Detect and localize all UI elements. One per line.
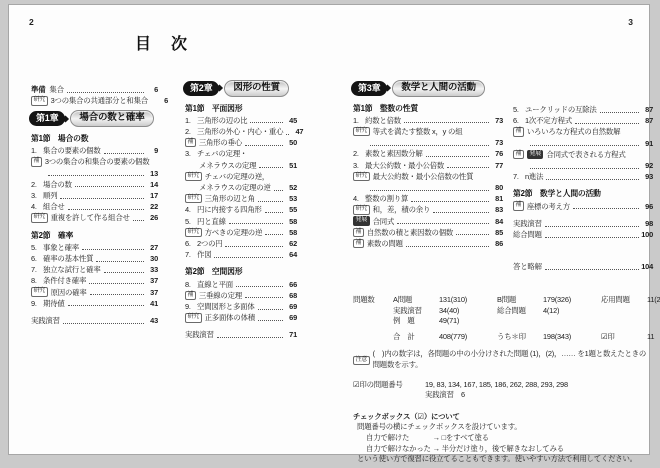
stats-key: 応用問題 [601, 295, 647, 306]
toc-item-continuation: 80 [353, 182, 503, 193]
page-ref: 27 [146, 242, 158, 253]
ho-tag: 補 [353, 228, 364, 238]
stats-key: 総合問題 [497, 306, 543, 317]
dot-leader [250, 155, 295, 157]
item-label: 等式を満たす整数 x，y の組 [373, 126, 463, 137]
page-ref: 52 [285, 182, 297, 193]
dot-leader [225, 244, 283, 247]
chapter-number-badge: 第3章 [351, 81, 387, 97]
item-number: 6. [513, 115, 525, 126]
toc-item: 研究原因の確率37 [31, 287, 158, 298]
note-line: という使い方で復習に役立てることもできます。使いやすい方法で利用してください。 [353, 454, 655, 465]
chapter-number-badge: 第2章 [183, 81, 219, 97]
chapter-title-badge: 数学と人間の活動 [392, 80, 484, 97]
dot-leader [433, 210, 489, 213]
dot-leader [629, 156, 651, 158]
toc-item-continuation: 13 [31, 168, 158, 179]
toc-item: 1.集合の要素の個数9 [31, 145, 158, 156]
stats-key: 実践演習 [393, 306, 439, 317]
toc-column-2: 第2章図形の性質第1節 平面図形1.三角形の辺の比452.三角形の外心・内心・重… [185, 76, 297, 341]
page-number-right: 3 [628, 17, 633, 27]
kenkyu-tag: 研究 [31, 287, 48, 297]
item-number: 7. [513, 171, 525, 182]
item-label: 正多面体の体積 [205, 312, 255, 323]
page-ref: 30 [146, 253, 158, 264]
page-ref: 43 [146, 315, 158, 326]
item-label: 重複を許して作る組合せ [51, 212, 130, 223]
toc-item: 9.空間図形と多面体69 [185, 301, 297, 312]
dot-leader [96, 259, 144, 262]
page-ref: 104 [641, 261, 653, 272]
dot-leader [250, 120, 283, 123]
toc-item: 研究チェバの定理の逆， [185, 171, 297, 182]
item-label: 方べきの定理の逆 [205, 227, 263, 238]
page-ref: 17 [146, 190, 158, 201]
page-ref: 96 [641, 201, 653, 212]
stats-rows: A問題131(310)B問題179(326)応用問題11(20)実践演習34(4… [393, 295, 655, 342]
toc-item: 答と略解104 [513, 261, 653, 272]
stats-value: 34(40) [439, 306, 497, 317]
toc-item: 研究方べきの定理の逆58 [185, 227, 297, 238]
item-number: 5. [31, 242, 43, 253]
item-label: 3つの集合の共通部分と和集合 [51, 95, 148, 106]
chapter-heading: 第1章場合の数と確率 [29, 110, 158, 127]
stats-value: 11 [647, 332, 660, 343]
toc-item: 5.円と直線58 [185, 216, 297, 227]
stats-value: 179(326) [543, 295, 601, 306]
section-heading: 第2節 数学と人間の活動 [513, 188, 653, 199]
page-ref: 37 [146, 287, 158, 298]
page-ref: 83 [491, 204, 503, 215]
toc-item: 研究和，差，積の余り83 [353, 204, 503, 215]
item-number: 7. [185, 249, 197, 260]
item-label: ユークリッドの互除法 [525, 104, 597, 115]
dot-leader [272, 177, 295, 179]
stats-value: 198(343) [543, 332, 601, 343]
item-label: 1次不定方程式 [525, 115, 572, 126]
item-number: 5. [513, 104, 525, 115]
page-ref: 9 [146, 145, 158, 156]
dot-leader [575, 121, 639, 124]
note-line: 自力で解けた → □をすべて塗る [353, 433, 655, 444]
ho-tag: 補 [185, 291, 196, 301]
dot-leader [245, 295, 283, 298]
dot-leader [60, 196, 144, 199]
page-ref: 6 [146, 84, 158, 95]
stats-label: 問題数 [353, 295, 375, 306]
item-label: 自然数の積と素因数の個数 [367, 227, 453, 238]
ho-tag: 補 [185, 138, 196, 148]
item-label: 合同式で表される方程式 [546, 149, 625, 160]
checkbox-usage-note: チェックボックス（☑）について 問題番号の横にチェックボックスを設けています。自… [353, 412, 655, 465]
dot-leader [426, 154, 489, 157]
note-line: 問題番号の横にチェックボックスを設けています。 [353, 422, 655, 433]
item-label: 素数と素因数分解 [365, 148, 423, 159]
dot-leader [465, 133, 501, 135]
item-label: 実践演習 [31, 315, 60, 326]
item-number: 3. [353, 160, 365, 171]
toc-item: 3.順列17 [31, 190, 158, 201]
dot-leader [476, 177, 501, 179]
page-ref: 22 [146, 201, 158, 212]
toc-item: 実践演習98 [513, 218, 653, 229]
count-note: 注意 ( )内の数字は，各問題の中の小分けされた問題 (1)，(2)，…… を1… [353, 349, 655, 370]
dot-leader [75, 184, 144, 187]
dot-leader [404, 120, 489, 123]
marked-problem-numbers: ☑印の問題番号 19, 83, 134, 167, 185, 186, 262,… [353, 380, 655, 401]
hatten-tag: 発展 [353, 216, 370, 226]
item-number: 2. [353, 148, 365, 159]
item-number: 4. [31, 201, 43, 212]
toc-item-continuation: 91 [513, 138, 653, 149]
item-label: 円に内接する四角形 [197, 204, 262, 215]
dot-leader [265, 210, 283, 213]
item-label: 原因の確率 [51, 287, 87, 298]
item-label: 座標の考え方 [527, 201, 570, 212]
toc-item: 補三垂線の定理68 [185, 290, 297, 301]
dot-leader [104, 270, 144, 273]
dot-leader [623, 133, 651, 135]
dot-leader [133, 218, 144, 221]
page-ref: 6 [156, 95, 168, 106]
stats-row: 実践演習34(40)総合問題4(12) [393, 306, 655, 317]
toc-item: 7.n進法93 [513, 171, 653, 182]
item-number: 5. [185, 216, 197, 227]
dot-leader [530, 143, 639, 146]
dot-leader [397, 221, 489, 224]
chapter-title-badge: 図形の性質 [224, 80, 289, 97]
item-number: 3. [185, 148, 197, 159]
toc-item: 研究三角形の辺と角53 [185, 193, 297, 204]
toc-item: 5.ユークリッドの互除法87 [513, 104, 653, 115]
toc-item: 8.条件付き確率37 [31, 275, 158, 286]
section-heading: 第2節 確率 [31, 230, 158, 241]
page-ref: 55 [285, 204, 297, 215]
kenkyu-tag: 研究 [185, 228, 202, 238]
dot-leader [370, 143, 489, 146]
marked-values: 19, 83, 134, 167, 185, 186, 262, 288, 29… [425, 380, 568, 401]
toc-item: 研究最大公約数・最小公倍数の性質 [353, 171, 503, 182]
toc-item: 1.三角形の辺の比45 [185, 115, 297, 126]
item-label: 答と略解 [513, 261, 542, 272]
kenkyu-tag: 研究 [353, 127, 370, 137]
dot-leader [258, 307, 283, 310]
kenkyu-tag: 研究 [185, 172, 202, 182]
dot-leader [600, 110, 639, 113]
kenkyu-tag: 研究 [353, 205, 370, 215]
marked-extra: 実践演習 6 [425, 390, 568, 401]
dot-leader [258, 199, 283, 202]
chapter-number-badge: 第1章 [29, 111, 65, 127]
page-ref: 13 [146, 168, 158, 179]
item-label: 三角形の外心・内心・重心 [197, 126, 283, 137]
item-label: 事象と確率 [43, 242, 79, 253]
item-label: 作図 [197, 249, 211, 260]
item-label: 期待値 [43, 298, 65, 309]
toc-column-3: 第3章数学と人間の活動第1節 整数の性質1.約数と倍数73研究等式を満たす整数 … [353, 76, 503, 249]
item-label: メネラウスの定理 [199, 160, 256, 171]
page-ref: 37 [146, 275, 158, 286]
page-ref: 93 [641, 171, 653, 182]
toc-item-continuation: メネラウスの定理の逆52 [185, 182, 297, 193]
hatten-tag: 発展 [527, 150, 544, 160]
ho-tag: 補 [513, 150, 524, 160]
toc-item: 5.事象と確率27 [31, 242, 158, 253]
dot-leader [68, 303, 144, 306]
section-heading: 第1節 場合の数 [31, 133, 158, 144]
stats-key: A問題 [393, 295, 439, 306]
item-number: 3. [31, 190, 43, 201]
kenkyu-tag: 研究 [185, 194, 202, 204]
item-number: 6. [185, 238, 197, 249]
dot-leader [151, 102, 154, 104]
stats-row: A問題131(310)B問題179(326)応用問題11(20) [393, 295, 655, 306]
item-number: 6. [31, 253, 43, 264]
toc-item: 実践演習71 [185, 329, 297, 340]
marked-number-list: 19, 83, 134, 167, 185, 186, 262, 288, 29… [425, 380, 568, 391]
item-label: 順列 [43, 190, 57, 201]
page-number-left: 2 [29, 17, 34, 27]
page-ref: 80 [491, 182, 503, 193]
stats-value: 4(12) [543, 306, 601, 317]
stats-value: 11(20) [647, 295, 660, 306]
item-number: 2. [31, 179, 43, 190]
page-ref: 81 [491, 193, 503, 204]
dot-leader [545, 267, 639, 270]
toc-item: 4.円に内接する四角形55 [185, 204, 297, 215]
dot-leader [530, 166, 639, 169]
item-label: チェバの定理・ [197, 148, 247, 159]
book-spread-page: 2 3 目 次 準備集合6研究3つの集合の共通部分と和集合6第1章場合の数と確率… [8, 4, 650, 455]
note-text: ( )内の数字は，各問題の中の小分けされた問題 (1)，(2)，…… を1題と数… [373, 349, 649, 370]
item-number: 8. [185, 279, 197, 290]
item-label: 合同式 [373, 216, 395, 227]
item-number: 9. [185, 301, 197, 312]
item-label: 三角形の辺と角 [205, 193, 255, 204]
marked-label: ☑印の問題番号 [353, 380, 425, 401]
toc-item-continuation: 92 [513, 160, 653, 171]
page-ref: 86 [491, 238, 503, 249]
ho-tag: 補 [513, 201, 524, 211]
toc-title: 目 次 [135, 31, 189, 54]
item-label: 最大公約数・最小公倍数の性質 [373, 171, 474, 182]
page-ref: 92 [641, 160, 653, 171]
page-ref: 84 [491, 216, 503, 227]
toc-column-1: 準備集合6研究3つの集合の共通部分と和集合6第1章場合の数と確率第1節 場合の数… [31, 84, 158, 326]
page-ref: 41 [146, 298, 158, 309]
page-ref: 100 [641, 229, 653, 240]
toc-item: 補三角形の垂心50 [185, 137, 297, 148]
item-label: 最大公約数・最小公倍数 [365, 160, 444, 171]
toc-item: 9.期待値41 [31, 298, 158, 309]
page-ref: 85 [491, 227, 503, 238]
dot-leader [258, 318, 283, 321]
page-ref: 76 [491, 148, 503, 159]
ho-tag: 補 [353, 239, 364, 249]
ho-tag: 補 [513, 127, 524, 137]
note-line: 自力で解けなかった → 半分だけ塗り，後で解きなおしてみる [353, 444, 655, 455]
dot-leader [152, 163, 156, 165]
item-label: 2つの円 [197, 238, 222, 249]
page-ref: 91 [641, 138, 653, 149]
stats-key: 合 計 [393, 332, 439, 343]
dot-leader [545, 224, 639, 227]
item-label: 三垂線の定理 [199, 290, 242, 301]
dot-leader [546, 177, 639, 180]
section-heading: 第2節 空間図形 [185, 266, 297, 277]
item-label: 三角形の垂心 [199, 137, 242, 148]
kenkyu-tag: 研究 [185, 313, 202, 323]
dot-leader [214, 255, 283, 258]
page-ref: 77 [491, 160, 503, 171]
dot-leader [68, 207, 144, 210]
item-label: 3つの集合の和集合の要素の個数 [45, 156, 150, 167]
toc-item: 3.最大公約数・最小公倍数77 [353, 160, 503, 171]
toc-item: 研究3つの集合の共通部分と和集合6 [31, 95, 158, 106]
stats-row: 合 計408(779)うち＊印198(343)☑印11 [393, 332, 655, 343]
page-ref: 87 [641, 104, 653, 115]
item-label: 場合の数 [43, 179, 72, 190]
section-heading: 第1節 整数の性質 [353, 103, 503, 114]
toc-item: 総合問題100 [513, 229, 653, 240]
stats-key: 例 題 [393, 316, 439, 327]
kenkyu-tag: 研究 [353, 172, 370, 182]
toc-item: 補いろいろな方程式の自然数解 [513, 126, 653, 137]
dot-leader [370, 188, 489, 191]
item-label: 和，差，積の余り [373, 204, 431, 215]
dot-leader [274, 188, 283, 191]
toc-item-continuation: 73 [353, 137, 503, 148]
item-label: 空間図形と多面体 [197, 301, 255, 312]
item-label: 集合の要素の個数 [43, 145, 101, 156]
item-number: 1. [185, 115, 197, 126]
page-ref: 62 [285, 238, 297, 249]
toc-item: 準備集合6 [31, 84, 158, 95]
dot-leader [573, 206, 639, 209]
toc-item: 発展合同式84 [353, 216, 503, 227]
item-label: 総合問題 [513, 229, 542, 240]
item-number: 2. [185, 126, 197, 137]
item-label: チェバの定理の逆， [205, 171, 270, 182]
stats-key: うち＊印 [497, 332, 543, 343]
toc-item: 補自然数の積と素因数の個数85 [353, 227, 503, 238]
stats-value: 408(779) [439, 332, 497, 343]
item-label: 独立な試行と確率 [43, 264, 101, 275]
dot-leader [456, 232, 489, 235]
item-number: 7. [31, 264, 43, 275]
toc-item: 研究等式を満たす整数 x，y の組 [353, 126, 503, 137]
page-ref: 58 [285, 227, 297, 238]
item-label: 直線と平面 [197, 279, 233, 290]
item-label: 実践演習 [185, 329, 214, 340]
toc-item: 補座標の考え方96 [513, 201, 653, 212]
dot-leader [48, 173, 144, 176]
item-label: 確率の基本性質 [43, 253, 93, 264]
page-ref: 45 [285, 115, 297, 126]
item-label: n進法 [525, 171, 543, 182]
toc-column-4: 5.ユークリッドの互除法876.1次不定方程式87補いろいろな方程式の自然数解9… [513, 104, 653, 272]
toc-item: 7.作図64 [185, 249, 297, 260]
item-label: 三角形の辺の比 [197, 115, 247, 126]
item-label: 素数の問題 [367, 238, 403, 249]
page-ref: 66 [285, 279, 297, 290]
item-number: 1. [353, 115, 365, 126]
page-ref: 51 [285, 160, 297, 171]
toc-item: 8.直線と平面66 [185, 279, 297, 290]
item-label: 整数の割り算 [365, 193, 408, 204]
page-ref: 98 [641, 218, 653, 229]
checkbox-note-heading: チェックボックス（☑）について [353, 412, 655, 423]
item-label: 組合せ [43, 201, 65, 212]
dot-leader [63, 321, 144, 324]
stats-value: 49(71) [439, 316, 497, 327]
ho-tag: 補 [31, 157, 42, 167]
dot-leader [90, 292, 144, 295]
dot-leader [286, 132, 289, 135]
summary-block: 問題数 A問題131(310)B問題179(326)応用問題11(20)実践演習… [353, 295, 655, 465]
toc-item: 2.素数と素因数分解76 [353, 148, 503, 159]
dot-leader [265, 232, 283, 235]
page-ref: 50 [285, 137, 297, 148]
item-label: 集合 [49, 84, 63, 95]
kenkyu-tag: 研究 [31, 96, 48, 106]
page-ref: 87 [641, 115, 653, 126]
item-number: 9. [31, 298, 43, 309]
page-ref: 47 [291, 126, 303, 137]
toc-item: 7.独立な試行と確率33 [31, 264, 158, 275]
dot-leader [89, 281, 144, 284]
stats-key: ☑印 [601, 332, 647, 343]
chapter-heading: 第3章数学と人間の活動 [351, 80, 503, 97]
stats-key: B問題 [497, 295, 543, 306]
page-ref: 73 [491, 137, 503, 148]
problem-count-table: 問題数 A問題131(310)B問題179(326)応用問題11(20)実践演習… [353, 295, 655, 342]
toc-item: 2.三角形の外心・内心・重心47 [185, 126, 297, 137]
toc-item-continuation: メネラウスの定理51 [185, 160, 297, 171]
checkbox-note-lines: 問題番号の横にチェックボックスを設けています。自力で解けた → □をすべて塗る自… [353, 422, 655, 464]
toc-item: 研究正多面体の体積69 [185, 312, 297, 323]
chapter-title-badge: 場合の数と確率 [70, 110, 153, 127]
dot-leader [406, 244, 489, 247]
page-ref: 68 [285, 290, 297, 301]
dot-leader [104, 151, 144, 154]
page-ref: 33 [146, 264, 158, 275]
dot-leader [245, 143, 283, 146]
page-ref: 53 [285, 193, 297, 204]
item-number: 8. [31, 275, 43, 286]
dot-leader [82, 247, 144, 250]
item-number: 1. [31, 145, 43, 156]
dot-leader [411, 199, 489, 202]
item-label: 約数と倍数 [365, 115, 401, 126]
toc-item: 1.約数と倍数73 [353, 115, 503, 126]
page-ref: 58 [285, 216, 297, 227]
item-label: 条件付き確率 [43, 275, 86, 286]
toc-item: 補素数の問題86 [353, 238, 503, 249]
item-number: 4. [353, 193, 365, 204]
toc-item: 4.整数の割り算81 [353, 193, 503, 204]
toc-item: 2.場合の数14 [31, 179, 158, 190]
dot-leader [236, 284, 283, 287]
item-prefix: 準備 [31, 84, 45, 95]
page-ref: 73 [491, 115, 503, 126]
dot-leader [447, 165, 489, 168]
dot-leader [229, 221, 283, 224]
dot-leader [259, 165, 283, 168]
toc-item: 実践演習43 [31, 315, 158, 326]
dot-leader [545, 235, 639, 238]
chapter-heading: 第2章図形の性質 [183, 80, 297, 97]
